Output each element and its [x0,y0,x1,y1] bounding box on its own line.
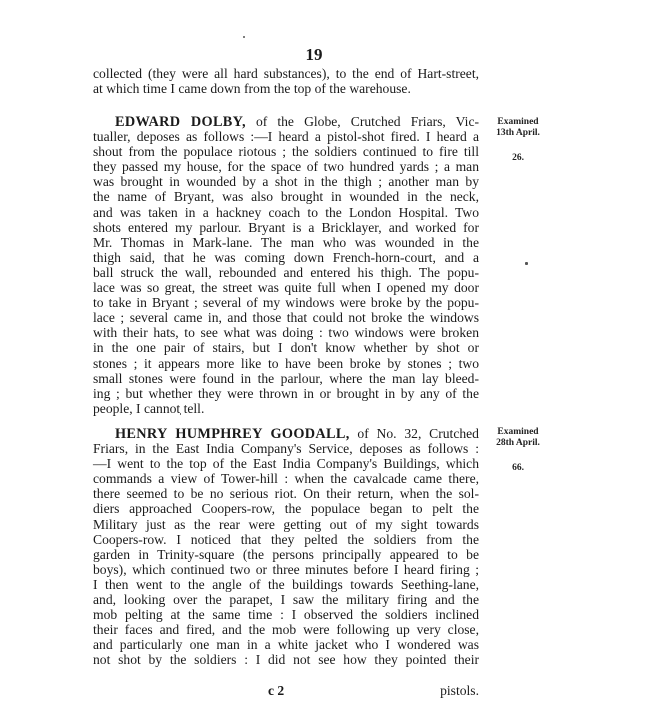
text-line: lace was so great, the street was quite … [93,280,479,295]
catchword: pistols. [440,683,479,699]
paper-speck [180,413,181,415]
text-line: HENRY HUMPHREY GOODALL, of No. 32, Crutc… [93,426,479,441]
text-line: their faces and fired, and the mob were … [93,622,479,637]
text-line: Coopers-row. I noticed that they pelted … [93,532,479,547]
paper-speck [520,130,521,133]
text-line: in the one pair of stairs, but I don't k… [93,340,479,355]
text-line: at which time I came down from the top o… [93,81,479,96]
page-number: 19 [0,45,643,65]
text-line: diers approached Coopers-row, the popula… [93,501,479,516]
text-line: garden in Trinity-square (the persons pr… [93,547,479,562]
text-line: small stones were found in the parlour, … [93,371,479,386]
text-line: ball struck the wall, rebounded and ente… [93,265,479,280]
text-line: Mr. Thomas in Mark-lane. The man who was… [93,235,479,250]
margin-note-date: 28th April. [487,438,549,449]
text-line: they passed my house, for the space of t… [93,159,479,174]
text-line: thigh said, that he was coming down Fren… [93,250,479,265]
deposition-edward-dolby: EDWARD DOLBY, of the Globe, Crutched Fri… [93,114,479,416]
paper-speck [243,36,245,38]
text-line: Friars, in the East India Company's Serv… [93,441,479,456]
margin-note-dolby: Examined 13th April. 26. [487,117,549,164]
text-line: and particularly one man in a white jack… [93,637,479,652]
text-line: tualler, deposes as follows :—I heard a … [93,129,479,144]
margin-note-label: Examined [487,117,549,128]
text-line: boys), which continued two or three minu… [93,562,479,577]
text-line: was brought in wounded by a shot in the … [93,174,479,189]
margin-note-number: 66. [487,463,549,474]
text-line: with their hats, to see what was doing :… [93,325,479,340]
text-line: stones ; it appears more like to have be… [93,356,479,371]
text-line: Military just as the rear were getting o… [93,517,479,532]
margin-note-number: 26. [487,153,549,164]
text-line: shots entered my parlour. Bryant is a Br… [93,220,479,235]
text-line: the name of Bryant, was also brought in … [93,189,479,204]
text-line: commands a view of Tower-hill : when the… [93,471,479,486]
margin-note-label: Examined [487,427,549,438]
text-line: collected (they were all hard substances… [93,66,479,81]
margin-note-date: 13th April. [487,128,549,139]
deponent-name: EDWARD DOLBY, [115,114,246,130]
deponent-name: HENRY HUMPHREY GOODALL, [115,426,350,442]
text-line: lace ; several came in, and those that c… [93,310,479,325]
text-line: and, looking over the parapet, I saw the… [93,592,479,607]
text-line: people, I cannot tell. [93,401,479,416]
text-line: EDWARD DOLBY, of the Globe, Crutched Fri… [93,114,479,129]
text-line: mob pelting at the same time : I observe… [93,607,479,622]
paper-speck [525,262,528,265]
text-line: ing ; but whether they were thrown in or… [93,386,479,401]
text-line: and was taken in a hackney coach to the … [93,205,479,220]
text-line: shout from the populace riotous ; the so… [93,144,479,159]
text-line: not shot by the soldiers : I did not see… [93,652,479,667]
text-line: —I went to the top of the East India Com… [93,456,479,471]
signature-mark: c 2 [268,683,284,699]
text-line: to take in Bryant ; several of my window… [93,295,479,310]
text-line: I then went to the angle of the building… [93,577,479,592]
text-line: there seemed to be no serious riot. On t… [93,486,479,501]
paragraph-continuation: collected (they were all hard substances… [93,66,479,96]
page-footer: c 2 pistols. [93,683,479,699]
deposition-henry-humphrey-goodall: HENRY HUMPHREY GOODALL, of No. 32, Crutc… [93,426,479,668]
margin-note-goodall: Examined 28th April. 66. [487,427,549,474]
